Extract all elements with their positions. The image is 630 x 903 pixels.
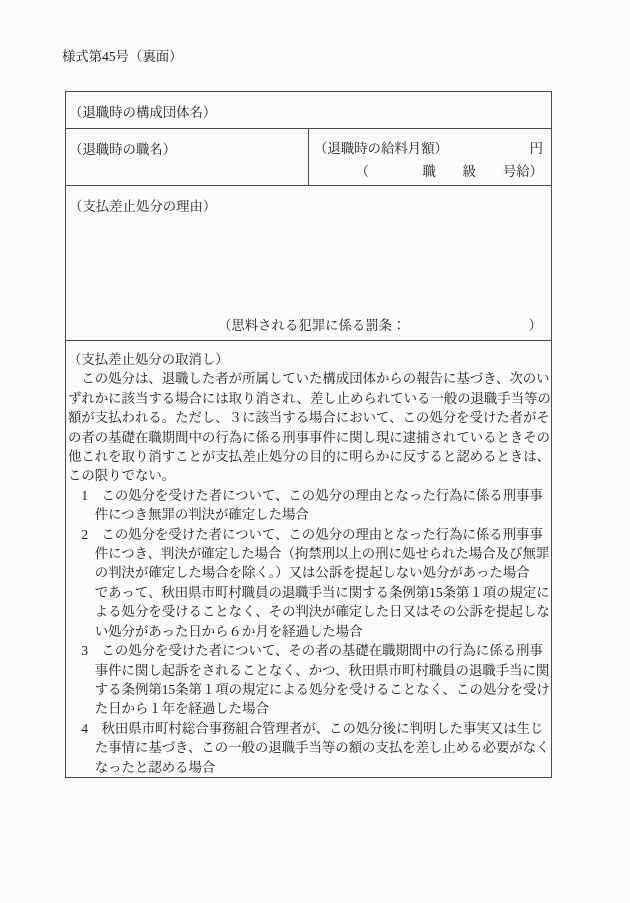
text-line: 2 この処分を受けた者について、この処分の理由となった行為に係る刑事事	[68, 525, 548, 544]
text-line: ずれかに該当する場合には取り消され、差し止められている一般の退職手当等の	[68, 389, 548, 408]
org-name-row: （退職時の構成団体名）	[66, 92, 551, 128]
job-title-label: （退職時の職名）	[69, 142, 176, 157]
cancellation-row: （支払差止処分の取消し） この処分は、退職した者が所属していた構成団体からの報告…	[66, 340, 551, 777]
document-page: { "page": { "title": "様式第45号（裏面）" }, "ta…	[0, 0, 630, 903]
penal-provision-line: （思料される犯罪に係る罰条： ）	[66, 315, 551, 334]
text-line: 他これを取り消すことが支払差止処分の目的に明らかに反すると認めるときは、	[68, 447, 548, 466]
text-line: この限りでない。	[68, 466, 548, 485]
salary-cell: （退職時の給料月額） 円 （ 職 級 号給）	[309, 129, 551, 185]
salary-label: （退職時の給料月額）	[314, 137, 448, 160]
salary-label-line: （退職時の給料月額） 円	[314, 137, 543, 160]
text-line: 4 秋田県市町村総合事務組合管理者が、この処分後に判明した事実又は生じ	[68, 719, 548, 738]
cancellation-text-block: この処分は、退職した者が所属していた構成団体からの報告に基づき、次のいずれかに該…	[68, 369, 548, 777]
salary-unit-yen: 円	[530, 137, 543, 160]
cancellation-label: （支払差止処分の取消し）	[68, 350, 548, 369]
text-line: 3 この処分を受けた者について、その者の基礎在職期間中の行為に係る刑事	[68, 641, 548, 660]
org-name-label: （退職時の構成団体名）	[69, 105, 216, 120]
text-line: この処分は、退職した者が所属していた構成団体からの報告に基づき、次のい	[68, 369, 548, 388]
text-line: であって、秋田県市町村職員の退職手当に関する条例第15条第１項の規定に	[68, 583, 548, 602]
text-line: よる処分を受けることなく、その判決が確定した日又はその公訴を提起しな	[68, 602, 548, 621]
text-line: 額が支払われる。ただし、３に該当する場合において、この処分を受けた者がそ	[68, 408, 548, 427]
form-table: （退職時の構成団体名） （退職時の職名） （退職時の給料月額） 円 （ 職 級 …	[65, 91, 552, 778]
text-line: なったと認める場合	[68, 758, 548, 777]
text-line: た日から１年を経過した場合	[68, 699, 548, 718]
text-line: 1 この処分を受けた者について、この処分の理由となった行為に係る刑事事	[68, 486, 548, 505]
penal-provision-close-paren: ）	[529, 315, 542, 334]
text-line: の判決が確定した場合を除く。）又は公訴を提起しない処分があった場合	[68, 563, 548, 582]
text-line: 事件に関し起訴をされることなく、かつ、秋田県市町村職員の退職手当に関	[68, 661, 548, 680]
text-line: い処分があった日から６か月を経過した場合	[68, 622, 548, 641]
text-line: する条例第15条第１項の規定による処分を受けることなく、この処分を受け	[68, 680, 548, 699]
suspension-reason-label: （支払差止処分の理由）	[69, 199, 216, 214]
job-salary-row: （退職時の職名） （退職時の給料月額） 円 （ 職 級 号給）	[66, 128, 551, 185]
text-line: 件につき、判決が確定した場合（拘禁刑以上の刑に処せられた場合及び無罪	[68, 544, 548, 563]
form-number-title: 様式第45号（裏面）	[62, 46, 183, 65]
penal-provision-label: （思料される犯罪に係る罰条：	[218, 315, 405, 334]
suspension-reason-row: （支払差止処分の理由） （思料される犯罪に係る罰条： ）	[66, 185, 551, 340]
salary-grade-line: （ 職 級 号給）	[314, 160, 543, 183]
job-title-cell: （退職時の職名）	[66, 129, 309, 185]
text-line: 件につき無罪の判決が確定した場合	[68, 505, 548, 524]
text-line: た事情に基づき、この一般の退職手当等の額の支払を差し止める必要がなく	[68, 738, 548, 757]
text-line: の者の基礎在職期間中の行為に係る刑事事件に関し現に逮捕されているときその	[68, 428, 548, 447]
